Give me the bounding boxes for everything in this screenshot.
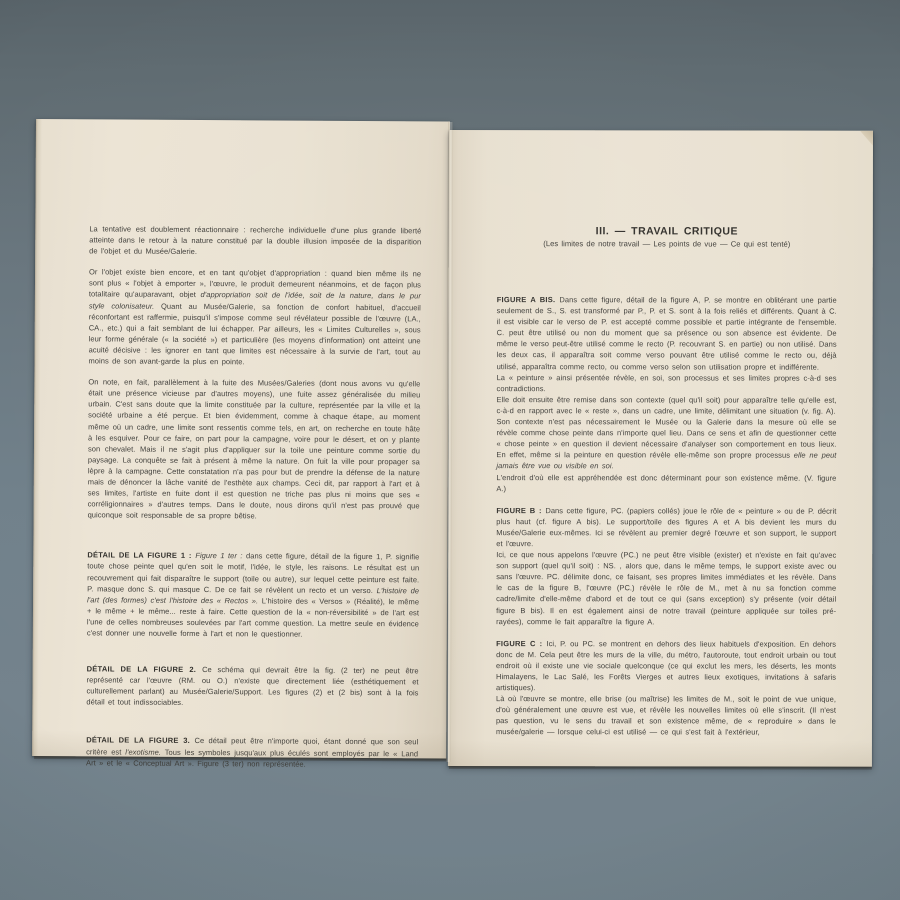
paragraph: L'endroit d'où elle est appréhendée est … — [496, 472, 836, 495]
section-title: III. — TRAVAIL CRITIQUE — [497, 225, 837, 238]
paragraph: Son contexte n'est pas nécessairement le… — [496, 416, 836, 472]
figure-detail-2: DÉTAIL DE LA FIGURE 2. Ce schéma qui dev… — [86, 663, 418, 709]
page-bottom-shading — [448, 740, 872, 767]
figure-detail-3: DÉTAIL DE LA FIGURE 3. Ce détail peut êt… — [86, 735, 418, 770]
page-corner-fold — [860, 131, 873, 146]
paragraph: Elle doit ensuite être remise dans son c… — [497, 394, 837, 417]
page-right: III. — TRAVAIL CRITIQUE (Les limites de … — [448, 130, 873, 767]
paragraph: Or l'objet existe bien encore, et en tan… — [88, 267, 421, 369]
figure-a-bis-paragraph: FIGURE A BIS. Dans cette figure, détail … — [497, 294, 837, 372]
paragraph: La « peinture » ainsi présentée révèle, … — [497, 372, 837, 395]
left-text-column: La tentative est doublement réactionnair… — [86, 223, 421, 770]
paragraph: Ici, ce que nous appelons l'œuvre (PC.) … — [496, 549, 836, 627]
figure-c-paragraph: FIGURE C : Ici, P. ou PC. se montrent en… — [496, 638, 836, 694]
paragraph: Là où l'œuvre se montre, elle brise (ou … — [496, 693, 836, 738]
figure-b-paragraph: FIGURE B : Dans cette figure, PC. (papie… — [496, 505, 836, 550]
figure-detail-1: DÉTAIL DE LA FIGURE 1 : Figure 1 ter : d… — [87, 550, 420, 641]
photo-background: La tentative est doublement réactionnair… — [0, 0, 900, 900]
section-subtitle: (Les limites de notre travail — Les poin… — [497, 239, 837, 249]
paragraph: On note, en fait, parallèlement à la fui… — [88, 376, 421, 522]
right-text-column: III. — TRAVAIL CRITIQUE (Les limites de … — [496, 225, 837, 738]
paragraph: La tentative est doublement réactionnair… — [89, 223, 421, 258]
page-left: La tentative est doublement réactionnair… — [32, 119, 450, 759]
